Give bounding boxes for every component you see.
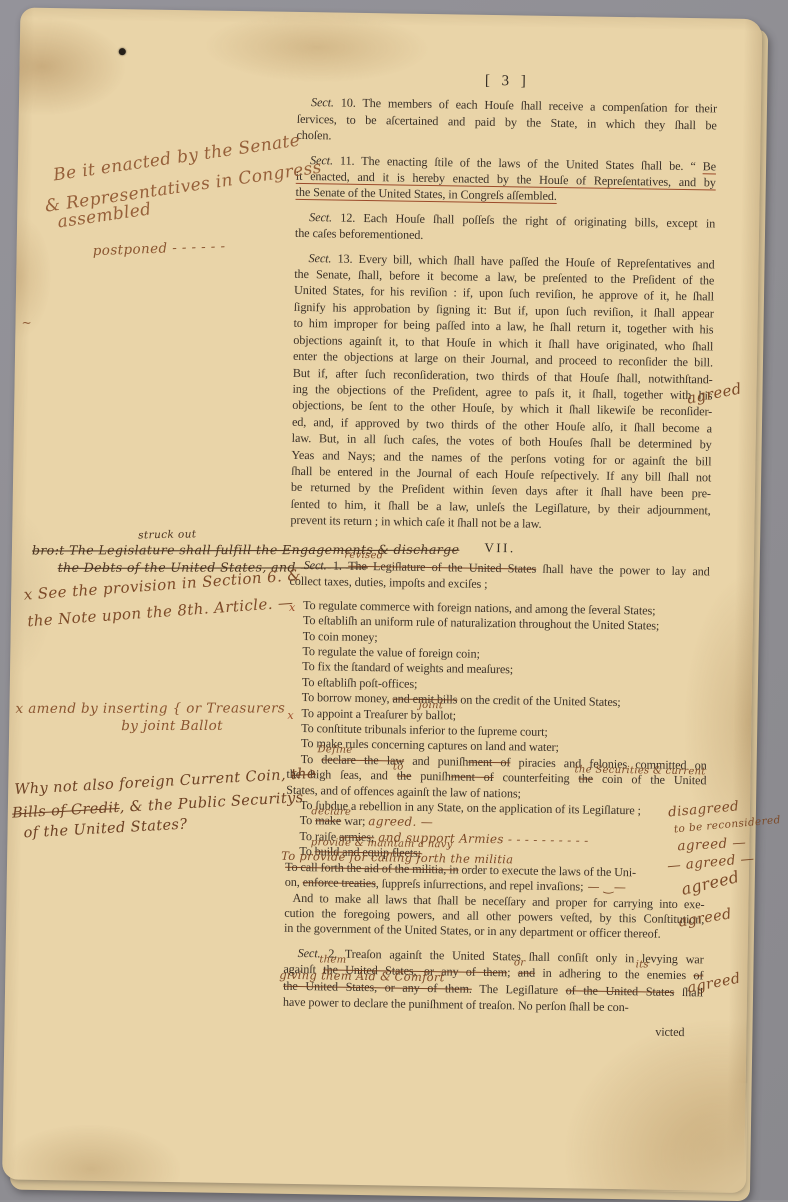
struck-through-text: ment of <box>468 755 510 770</box>
margin-annotation: bro:t The Legislature shall fulfill the … <box>32 542 459 558</box>
section-label: Sect. <box>298 946 321 960</box>
printed-text: puniſh <box>411 769 451 784</box>
underlined-text: Be <box>703 159 717 173</box>
printed-text: choſen. <box>296 128 331 143</box>
wormhole-mark <box>119 48 126 55</box>
margin-annotation: struck out <box>138 528 197 541</box>
paragraph: Sect. 12. Each Houſe ſhall poſſeſs the r… <box>295 209 715 248</box>
struck-handwriting: the <box>290 766 316 783</box>
struck-through-text: ment of <box>451 770 494 785</box>
printed-text: To fix the ſtandard of weights and meaſu… <box>302 659 513 676</box>
margin-annotation: of the United States? <box>23 817 188 842</box>
printed-text: on, <box>285 875 303 889</box>
paragraph: Sect. 2. Treaſon againſt the United Stat… <box>283 945 704 1017</box>
margin-annotation: postponed - - - - - - <box>92 238 225 259</box>
struck-handwriting: Bills of Credit <box>12 800 120 822</box>
printed-text: To coin money; <box>303 629 378 644</box>
dogear-fold <box>626 1081 748 1193</box>
printed-text: have power to declare the puniſhment of … <box>283 995 629 1014</box>
printed-text: ſhall have the power to lay and <box>536 562 710 579</box>
printed-text: To borrow money, <box>302 690 393 705</box>
printed-text: in adhering to the <box>535 966 640 982</box>
paper-stack: [ 3 ] Sect. 10. The members of each Houſ… <box>2 8 762 1198</box>
printed-text: , ſuppreſs inſurrections, and repel inva… <box>376 876 584 893</box>
section-label: Sect. <box>308 251 331 265</box>
page-number: [ 3 ] <box>297 70 717 93</box>
printed-text: and puniſh <box>404 753 468 768</box>
printed-text: To appoint a Treaſurer by <box>301 706 422 722</box>
inline-handwriting: agreed. — <box>368 815 433 830</box>
printed-text: The Legiſlature <box>472 981 566 996</box>
catchword: victed <box>282 1018 702 1041</box>
printed-text: prevent its return ; in which caſe it ſh… <box>290 513 541 531</box>
inline-handwriting: — ‿— <box>583 880 626 895</box>
handwriting: , & the Public Securitys <box>119 790 304 816</box>
powers-list: xTo regulate commerce with foreign natio… <box>284 598 709 943</box>
struck-through-text: enforce treaties <box>303 875 376 890</box>
margin-annotation: x amend by inserting { or Treasurers <box>15 700 285 716</box>
printed-text: on the credit of the United States; <box>457 693 620 710</box>
paragraph: Sect. 13. Every bill, which ſhall have p… <box>290 250 714 535</box>
printed-text: counterfeiting <box>494 770 579 785</box>
document-page: [ 3 ] Sect. 10. The members of each Houſ… <box>2 8 762 1192</box>
paragraph: Sect. 11. The enacting ſtile of the laws… <box>295 152 716 208</box>
margin-annotation: by joint Ballot <box>121 718 223 734</box>
printed-text: collect taxes, duties, impoſts and exciſ… <box>289 574 487 591</box>
struck-through-text: of the United States <box>566 983 675 999</box>
paragraph: Sect. 10. The members of each Houſe ſhal… <box>296 94 717 150</box>
margin-annotation: ~ <box>21 316 32 330</box>
section-label: Sect. <box>309 210 332 224</box>
printed-text: the caſes beforementioned. <box>295 226 424 242</box>
printed-text: To eſtabliſh poſt-offices; <box>302 675 418 691</box>
section-label: Sect. <box>311 96 334 110</box>
printed-text: To regulate the value of foreign coin; <box>302 644 480 661</box>
underlined-text: the Senate of the United States, in Cong… <box>295 185 556 203</box>
